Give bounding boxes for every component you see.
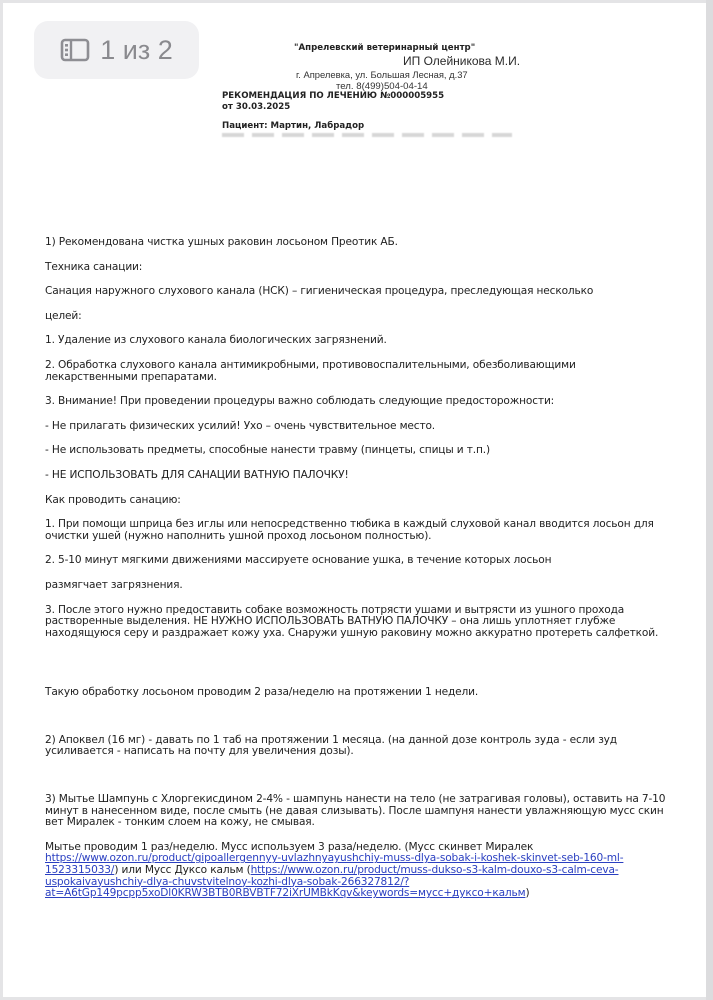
document-page: "Апрелевский ветеринарный центр" ИП Олей… — [3, 3, 706, 997]
document-date: от 30.03.2025 — [222, 102, 290, 112]
paragraph: целей: — [45, 311, 675, 323]
clinic-address: г. Апрелевка, ул. Большая Лесная, д.37 — [296, 69, 468, 80]
paragraph: Санация наружного слухового канала (НСК)… — [45, 286, 675, 298]
paragraph: 1. При помощи шприца без иглы или непоср… — [45, 519, 670, 542]
paragraph-text: Мытье проводим 1 раз/неделю. Мусс исполь… — [45, 842, 533, 853]
paragraph: 3. Внимание! При проведении процедуры ва… — [45, 396, 675, 408]
paragraph-mousse-links: Мытье проводим 1 раз/неделю. Мусс исполь… — [45, 842, 645, 899]
paragraph: размягчает загрязнения. — [45, 580, 675, 592]
patient-info: Пациент: Мартин, Лабрадор — [222, 121, 364, 131]
paragraph-text: ) — [525, 887, 529, 899]
paragraph: Техника санации: — [45, 262, 675, 274]
paragraph: 2. 5-10 минут мягкими движениями массиру… — [45, 555, 675, 567]
paragraph: 1. Удаление из слухового канала биологич… — [45, 335, 675, 347]
scrollbar[interactable] — [706, 0, 713, 1000]
paragraph: 2) Апоквел (16 мг) - давать по 1 таб на … — [45, 735, 655, 758]
document-title: РЕКОМЕНДАЦИЯ ПО ЛЕЧЕНИЮ №000005955 — [222, 91, 444, 101]
obscured-line — [222, 133, 512, 137]
paragraph: 3) Мытье Шампунь с Хлоргекисдином 2-4% -… — [45, 794, 677, 829]
page-counter-text: 1 из 2 — [100, 35, 173, 66]
sidebar-thumbnails-icon — [60, 38, 90, 62]
paragraph: - Не прилагать физических усилий! Ухо – … — [45, 421, 675, 433]
organization-name: "Апрелевский ветеринарный центр" — [294, 43, 475, 53]
paragraph: Такую обработку лосьоном проводим 2 раза… — [45, 687, 675, 699]
paragraph: 1) Рекомендована чистка ушных раковин ло… — [45, 237, 675, 249]
paragraph: Как проводить санацию: — [45, 495, 675, 507]
recommendation-body: 1) Рекомендована чистка ушных раковин ло… — [45, 237, 675, 899]
paragraph: - Не использовать предметы, способные на… — [45, 445, 675, 457]
paragraph-text: ) или Мусс Дуксо кальм ( — [114, 864, 250, 876]
paragraph: 2. Обработка слухового канала антимикроб… — [45, 360, 605, 383]
entrepreneur-name: ИП Олейникова М.И. — [403, 54, 520, 68]
paragraph: - НЕ ИСПОЛЬЗОВАТЬ ДЛЯ САНАЦИИ ВАТНУЮ ПАЛ… — [45, 470, 675, 482]
page-counter-button[interactable]: 1 из 2 — [34, 21, 199, 79]
paragraph: 3. После этого нужно предоставить собаке… — [45, 605, 665, 640]
